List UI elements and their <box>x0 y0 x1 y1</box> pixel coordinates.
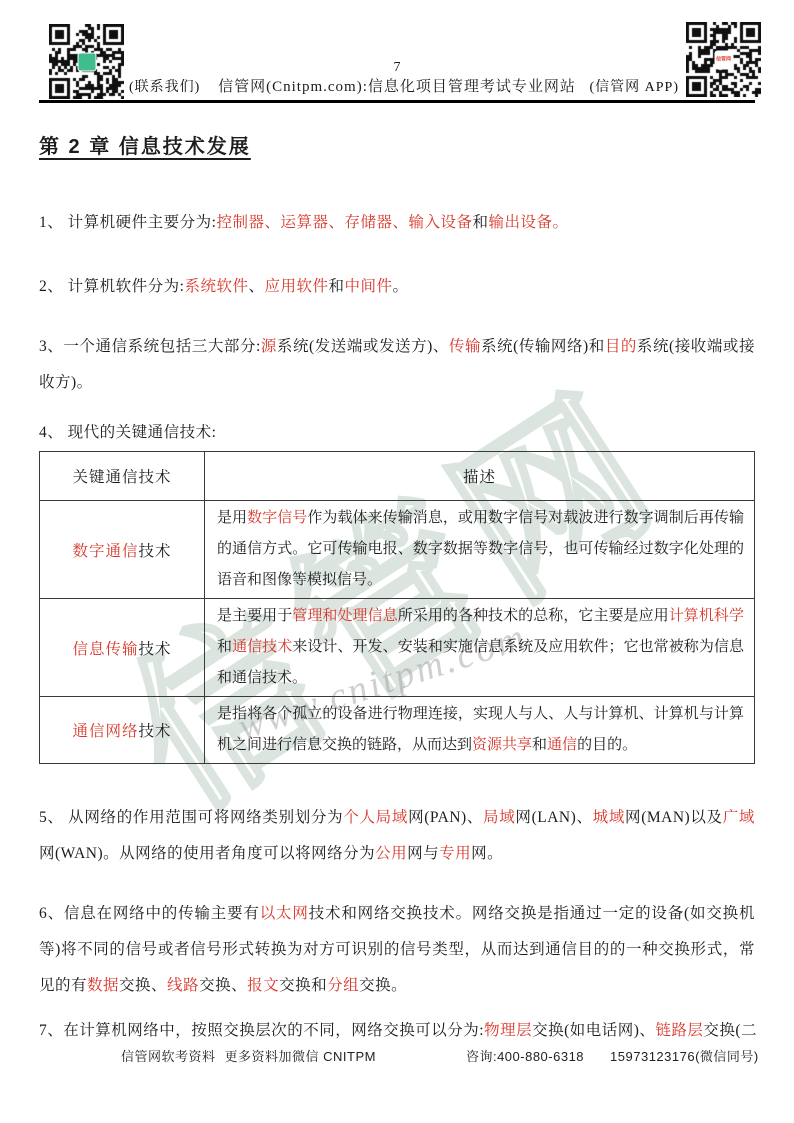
app-qr-label: (信管网 APP) <box>589 76 679 96</box>
tech-name-cell: 数字通信技术 <box>40 501 205 599</box>
page-footer: 信管网软考资料 更多资料加微信 CNITPM 咨询:400-880-6318 1… <box>121 1046 759 1065</box>
page-number: 7 <box>39 59 755 77</box>
note-item-5: 5、 从网络的作用范围可将网络类别划分为个人局域网(PAN)、局域网(LAN)、… <box>39 800 755 872</box>
document-page: 信管网 www.cnitpm.com (联系我们) 7 信管网(Cnitpm.c… <box>0 0 794 1123</box>
key-tech-table: 关键通信技术 描述 数字通信技术 是用数字信号作为载体来传输消息，或用数字信号对… <box>39 451 755 764</box>
table-row: 通信网络技术 是指将各个孤立的设备进行物理连接，实现人与人、人与计算机、计算机与… <box>40 697 755 764</box>
note-item-7: 7、在计算机网络中，按照交换层次的不同，网络交换可以分为:物理层交换(如电话网)… <box>39 1013 794 1049</box>
tech-name-cell: 信息传输技术 <box>40 599 205 697</box>
table-header-desc: 描述 <box>205 452 755 501</box>
note-item-6: 6、信息在网络中的传输主要有以太网技术和网络交换技术。网络交换是指通过一定的设备… <box>39 896 755 1004</box>
page-header: (联系我们) 7 信管网(Cnitpm.com):信息化项目管理考试专业网站 (… <box>39 0 755 103</box>
app-qr-code: 信管网 <box>686 22 761 97</box>
tech-name-cell: 通信网络技术 <box>40 697 205 764</box>
tech-desc-cell: 是指将各个孤立的设备进行物理连接，实现人与人、人与计算机、计算机与计算机之间进行… <box>205 697 755 764</box>
note-item-2: 2、 计算机软件分为:系统软件、应用软件和中间件。 <box>39 269 755 305</box>
footer-wechat: 更多资料加微信 CNITPM <box>225 1046 376 1065</box>
table-row: 信息传输技术 是主要用于管理和处理信息所采用的各种技术的总称，它主要是应用计算机… <box>40 599 755 697</box>
tech-desc-cell: 是用数字信号作为载体来传输消息，或用数字信号对载波进行数字调制后再传输的通信方式… <box>205 501 755 599</box>
tech-desc-cell: 是主要用于管理和处理信息所采用的各种技术的总称，它主要是应用计算机科学和通信技术… <box>205 599 755 697</box>
table-header-row: 关键通信技术 描述 <box>40 452 755 501</box>
table-row: 数字通信技术 是用数字信号作为载体来传输消息，或用数字信号对载波进行数字调制后再… <box>40 501 755 599</box>
footer-mobile: 15973123176(微信同号) <box>610 1046 759 1065</box>
footer-hotline: 咨询:400-880-6318 <box>466 1046 584 1065</box>
note-item-1: 1、 计算机硬件主要分为:控制器、运算器、存储器、输入设备和输出设备。 <box>39 205 755 241</box>
table-header-tech: 关键通信技术 <box>40 452 205 501</box>
note-item-4: 4、 现代的关键通信技术: <box>39 415 755 451</box>
footer-brand: 信管网软考资料 <box>121 1046 216 1065</box>
chapter-title: 第 2 章 信息技术发展 <box>39 133 755 161</box>
note-item-3: 3、一个通信系统包括三大部分:源系统(发送端或发送方)、传输系统(传输网络)和目… <box>39 329 755 401</box>
qr-center-logo-red: 信管网 <box>714 50 733 69</box>
